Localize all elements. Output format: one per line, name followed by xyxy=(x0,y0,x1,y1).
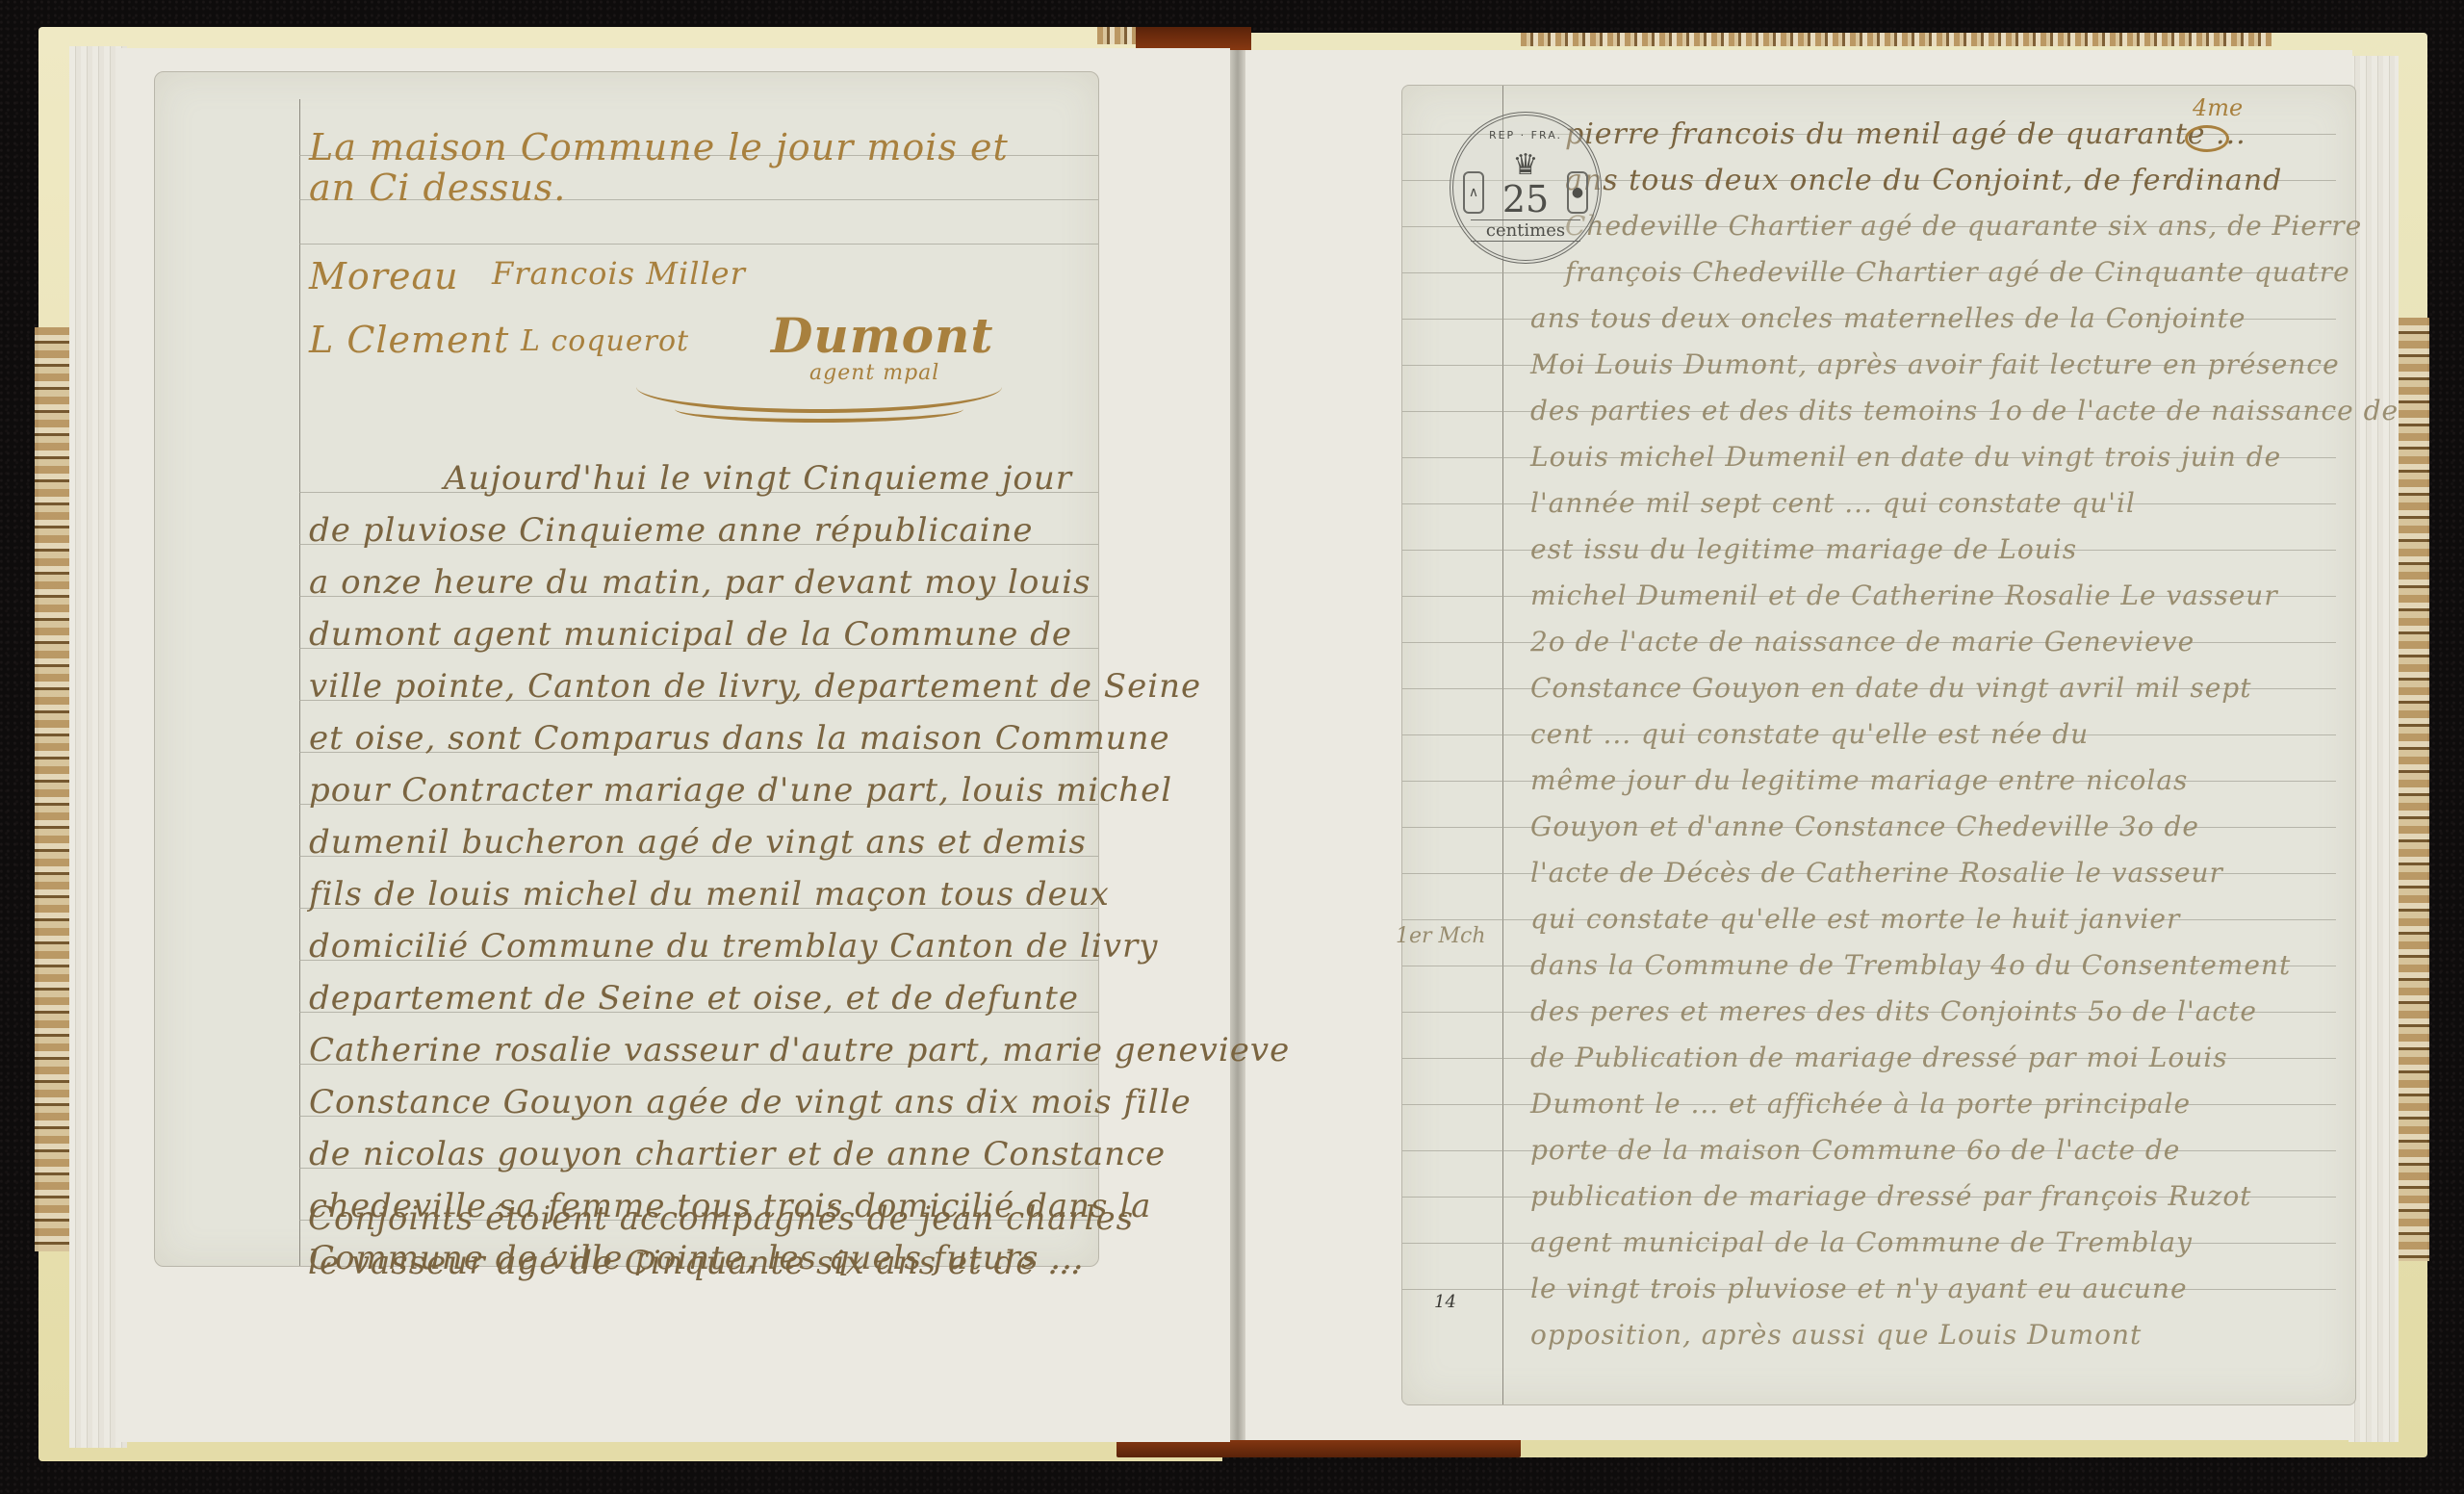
body-line: porte de la maison Commune 6o de l'acte … xyxy=(1530,1134,2180,1166)
body-line: Moi Louis Dumont, après avoir fait lectu… xyxy=(1530,348,2340,380)
body-line: de pluviose Cinquieme anne républicaine xyxy=(309,511,1034,550)
body-line: a onze heure du matin, par devant moy lo… xyxy=(309,563,1091,602)
body-line: Constance Gouyon agée de vingt ans dix m… xyxy=(309,1083,1192,1121)
signature-clement: L Clement xyxy=(309,319,509,361)
body-line: dumenil bucheron agé de vingt ans et dem… xyxy=(309,823,1087,862)
tax-stamp: REP · FRA. ♛ ∧ ● 25 centimes xyxy=(1450,112,1602,264)
marbled-edge-top-right xyxy=(1521,33,2271,46)
signature-flourish xyxy=(675,396,963,423)
body-line: de Publication de mariage dressé par moi… xyxy=(1530,1042,2228,1073)
body-line: cent ... qui constate qu'elle est née du xyxy=(1530,718,2089,750)
marbled-edge-right xyxy=(2397,318,2429,1261)
body-line: est issu du legitime mariage de Louis xyxy=(1530,533,2077,565)
body-line: domicilié Commune du tremblay Canton de … xyxy=(309,927,1158,966)
margin-rule xyxy=(299,99,300,1266)
signature-francois-miller: Francois Miller xyxy=(492,255,746,292)
body-line: Louis michel Dumenil en date du vingt tr… xyxy=(1530,441,2281,473)
closing-line: La maison Commune le jour mois et xyxy=(309,126,1009,168)
body-line: departement de Seine et oise, et de defu… xyxy=(309,979,1079,1017)
body-line: des peres et meres des dits Conjoints 5o… xyxy=(1530,995,2257,1027)
body-line: Aujourd'hui le vingt Cinquieme jour xyxy=(444,459,1072,498)
body-line: des parties et des dits temoins 1o de l'… xyxy=(1530,395,2399,426)
body-line: de nicolas gouyon chartier et de anne Co… xyxy=(309,1135,1166,1173)
body-line: Dumont le ... et affichée à la porte pri… xyxy=(1530,1088,2191,1120)
closing-line: an Ci dessus. xyxy=(309,167,566,209)
signature-coquerot: L coquerot xyxy=(521,324,689,358)
body-line: ville pointe, Canton de livry, departeme… xyxy=(309,667,1201,706)
signature-dumont: Dumont xyxy=(771,307,993,364)
body-line: Chedeville Chartier agé de quarante six … xyxy=(1565,210,2362,242)
body-line: pierre francois du menil agé de quarante… xyxy=(1565,117,2246,151)
folio-number: 4me xyxy=(2193,94,2243,121)
ruled-line xyxy=(299,244,1098,245)
body-line: publication de mariage dressé par franço… xyxy=(1530,1180,2251,1212)
body-line: fils de louis michel du menil maçon tous… xyxy=(309,875,1110,914)
body-line: ans tous deux oncles maternelles de la C… xyxy=(1530,302,2246,334)
marbled-edge-left xyxy=(35,327,69,1251)
body-line: dans la Commune de Tremblay 4o du Consen… xyxy=(1530,949,2291,981)
body-line: Constance Gouyon en date du vingt avril … xyxy=(1530,672,2251,704)
body-line: le vasseur agé de Cinquante six ans et d… xyxy=(308,1244,1082,1282)
body-line: opposition, après aussi que Louis Dumont xyxy=(1530,1319,2142,1351)
body-line: Conjoints étoient accompagnés de jean ch… xyxy=(308,1199,1134,1238)
folio-flourish xyxy=(2185,125,2229,152)
body-line: michel Dumenil et de Catherine Rosalie L… xyxy=(1530,580,2278,611)
margin-note: 1er Mch xyxy=(1396,924,1486,948)
stamp-header: REP · FRA. xyxy=(1453,129,1598,142)
body-line: dumont agent municipal de la Commune de xyxy=(309,615,1072,654)
body-line: et oise, sont Comparus dans la maison Co… xyxy=(309,719,1170,758)
body-line: ans tous deux oncle du Conjoint, de ferd… xyxy=(1565,164,2282,197)
body-line: pour Contracter mariage d'une part, loui… xyxy=(309,771,1172,810)
body-line: Catherine rosalie vasseur d'autre part, … xyxy=(309,1031,1290,1069)
body-line: françois Chedeville Chartier agé de Cinq… xyxy=(1565,256,2350,288)
page-number: 14 xyxy=(1434,1292,1456,1312)
signature-moreau: Moreau xyxy=(309,255,459,297)
left-manuscript-sheet: La maison Commune le jour mois et an Ci … xyxy=(154,71,1099,1267)
body-line: l'année mil sept cent ... qui constate q… xyxy=(1530,487,2136,519)
body-line: 2o de l'acte de naissance de marie Genev… xyxy=(1530,626,2194,657)
body-line: agent municipal de la Commune de Trembla… xyxy=(1530,1226,2193,1258)
body-line: Gouyon et d'anne Constance Chedeville 3o… xyxy=(1530,811,2199,842)
margin-rule xyxy=(1502,86,1503,1404)
body-line: l'acte de Décès de Catherine Rosalie le … xyxy=(1530,857,2223,889)
body-line: le vingt trois pluviose et n'y ayant eu … xyxy=(1530,1273,2188,1304)
stamp-unit: centimes xyxy=(1471,219,1580,242)
body-line: qui constate qu'elle est morte le huit j… xyxy=(1530,903,2180,935)
stamp-value: 25 xyxy=(1453,181,1598,218)
body-line: même jour du legitime mariage entre nico… xyxy=(1530,764,2188,796)
book-gutter xyxy=(1230,50,1245,1440)
